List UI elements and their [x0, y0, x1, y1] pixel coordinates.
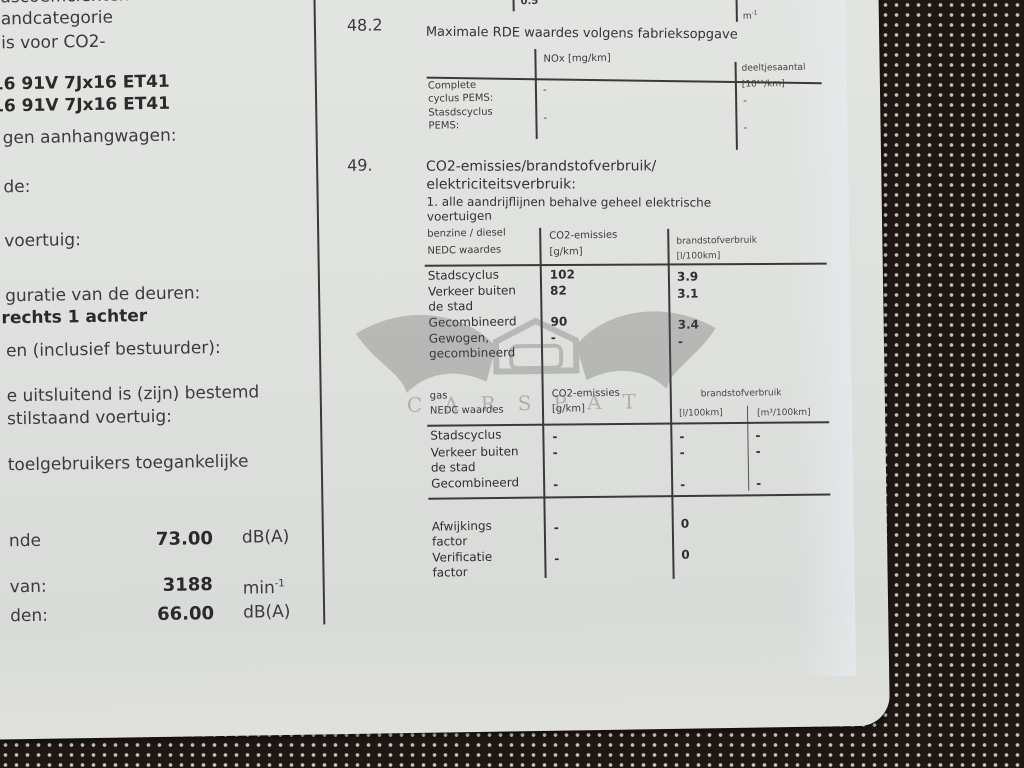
section-subtitle: 1. alle aandrijflijnen behalve geheel el…	[427, 195, 712, 210]
noise-value: 66.00	[157, 603, 214, 625]
row-label: Stadscyclus	[428, 268, 499, 284]
unit-base: m	[743, 12, 752, 22]
row-label: Stadscyclus	[430, 428, 501, 444]
smoke-value: 0.5	[520, 0, 538, 7]
noise-label: nde	[9, 531, 41, 552]
unit-sup: -1	[752, 9, 758, 16]
section-number: 48.2	[347, 15, 383, 35]
left-line: andcategorie	[1, 8, 114, 30]
row-label: Verkeer buiten	[428, 283, 516, 299]
left-line: toelgebruikers toegankelijke	[8, 452, 249, 476]
co2-value: 82	[550, 284, 567, 299]
table-header: NEDC waardes	[427, 245, 501, 257]
document-page: ascoefficienten andcategorie is voor CO2…	[0, 0, 890, 740]
left-line: de:	[3, 177, 30, 197]
co2-value: 102	[550, 267, 575, 282]
noise-label: van:	[10, 577, 47, 598]
row-label: gecombineerd	[429, 345, 516, 361]
row-label: Complete	[428, 80, 476, 92]
deviation-factor-fuel: 0	[681, 517, 690, 532]
left-line: en (inclusief bestuurder):	[6, 338, 221, 361]
fuel-value: -	[678, 335, 683, 350]
noise-value: 73.00	[156, 528, 213, 550]
co2-value: 90	[550, 315, 567, 330]
column-header-fuel: brandstofverbruik	[676, 236, 757, 247]
particles-value: -	[743, 96, 747, 107]
fuel-l-value: -	[680, 446, 685, 461]
table-bottom-rule	[428, 493, 830, 499]
table-divider	[735, 0, 737, 22]
column-header-co2: CO2-emissies	[549, 230, 617, 242]
fuel-value: 3.4	[678, 317, 699, 332]
left-line: guratie van de deuren:	[5, 283, 200, 306]
left-line: ascoefficienten	[0, 0, 129, 7]
row-label: Gecombineerd	[431, 475, 519, 491]
fuel-value: 3.1	[677, 286, 698, 301]
table-divider	[512, 0, 514, 11]
table-divider	[667, 229, 674, 579]
deviation-factor-co2: -	[554, 521, 559, 536]
verification-factor-co2: -	[554, 552, 559, 567]
column-header-fuel-m3: [m³/100km]	[757, 408, 811, 419]
left-line: e uitsluitend is (zijn) bestemd	[7, 382, 260, 406]
tyre-spec-front: 16 91V 7Jx16 ET41	[0, 72, 170, 95]
header-rule	[425, 263, 827, 267]
co2-value: -	[551, 331, 556, 346]
noise-unit: dB(A)	[242, 527, 290, 548]
column-header-nox: NOx [mg/km]	[543, 53, 610, 65]
section-title: Maximale RDE waardes volgens fabrieksopg…	[426, 25, 738, 43]
section-number: 49.	[347, 156, 373, 175]
fuel-m3-value: -	[755, 428, 760, 443]
row-label: Afwijkings	[432, 519, 492, 535]
nox-value: -	[543, 113, 547, 124]
row-label: Stasdscyclus	[428, 107, 493, 119]
column-divider	[313, 0, 326, 624]
row-label: Verkeer buiten	[431, 444, 519, 460]
header-rule	[427, 421, 829, 427]
table-divider	[747, 406, 750, 491]
row-label: de stad	[431, 460, 476, 476]
row-label: factor	[432, 565, 467, 581]
verification-factor-fuel: 0	[681, 548, 690, 563]
page-content: ascoefficienten andcategorie is voor CO2…	[0, 0, 890, 739]
fuel-m3-value: -	[756, 476, 761, 491]
table-divider	[735, 62, 738, 150]
table-divider	[534, 49, 537, 139]
left-line: gen aanhangwagen:	[2, 126, 176, 149]
column-header-fuel-unit: [l/100km]	[677, 251, 721, 262]
section-title: CO2-emissies/brandstofverbruik/	[426, 158, 656, 174]
section-title: elektriciteitsverbruik:	[426, 176, 576, 192]
table-header: benzine / diesel	[427, 227, 506, 239]
fuel-l-value: -	[679, 430, 684, 445]
left-line: voertuig:	[4, 230, 81, 251]
co2-value: -	[553, 478, 558, 493]
engine-speed-value: 3188	[163, 574, 213, 596]
row-label: PEMS:	[428, 120, 459, 131]
noise-label: den:	[10, 606, 48, 627]
smoke-unit: m-1	[743, 9, 758, 21]
co2-value: -	[553, 446, 558, 461]
row-label: de stad	[428, 299, 473, 315]
unit-base: min	[243, 578, 275, 599]
section-subtitle: voertuigen	[427, 209, 492, 224]
row-label: Gecombineerd	[428, 314, 516, 330]
row-label: factor	[432, 534, 467, 550]
left-line: is voor CO2-	[1, 32, 106, 54]
column-header-fuel-litre: [l/100km]	[679, 408, 723, 419]
door-config-value: rechts 1 achter	[1, 306, 147, 328]
column-header-particles: deeltjesaantal	[742, 63, 806, 74]
particles-value: -	[743, 123, 747, 134]
column-header-fuel: brandstofverbruik	[701, 388, 782, 399]
co2-value: -	[552, 430, 557, 445]
watermark-text: CARSPAT	[407, 389, 658, 417]
engine-speed-unit: min-1	[243, 578, 285, 599]
row-label: cyclus PEMS:	[428, 93, 493, 105]
fuel-l-value: -	[680, 478, 685, 493]
tyre-spec-rear: 16 91V 7Jx16 ET41	[0, 94, 170, 117]
left-line: stilstaand voertuig:	[7, 407, 172, 430]
column-header-co2-unit: [g/km]	[549, 246, 582, 258]
unit-sup: -1	[275, 578, 285, 589]
row-label: Gewogen,	[429, 331, 489, 347]
nox-value: -	[543, 85, 547, 96]
fuel-m3-value: -	[756, 444, 761, 459]
fuel-value: 3.9	[677, 269, 698, 284]
noise-unit: dB(A)	[243, 602, 291, 623]
row-label: Verificatie	[432, 550, 492, 566]
